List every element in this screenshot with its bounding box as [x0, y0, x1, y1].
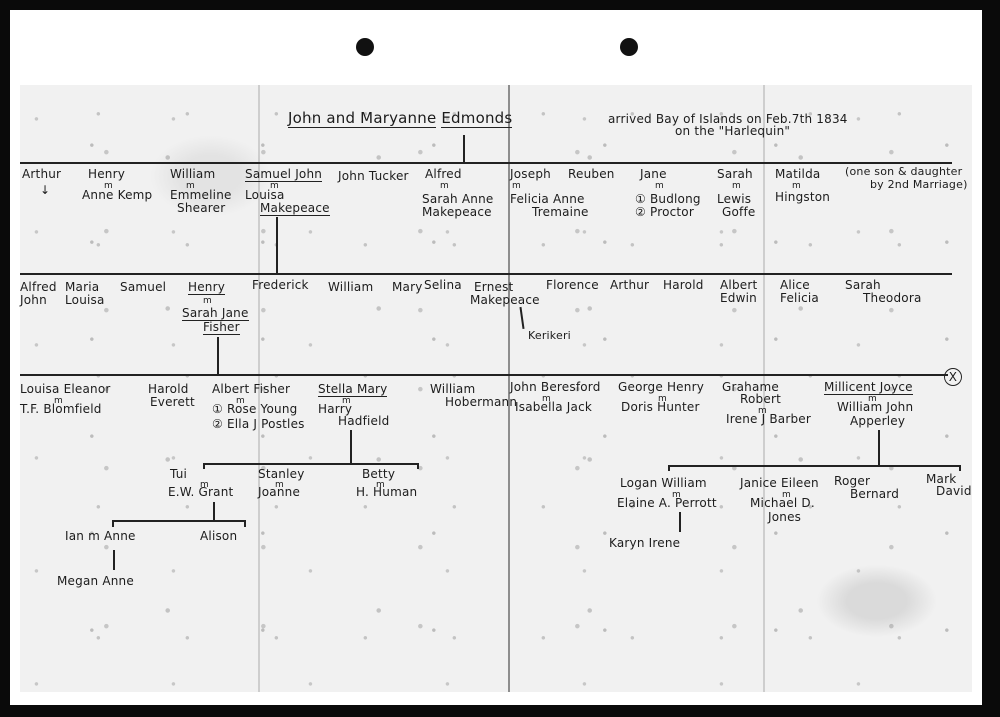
spouse: Michael D. — [750, 497, 815, 510]
annotation: Kerikeri — [528, 329, 571, 342]
spouse: Anne Kemp — [82, 189, 152, 202]
spouse: H. Human — [356, 486, 417, 499]
person: Florence — [546, 279, 599, 292]
note: (one son & daughter — [845, 165, 962, 178]
person-janice-eileen: Janice Eileen — [740, 477, 819, 490]
punch-hole-left — [356, 38, 374, 56]
person: William — [328, 281, 373, 294]
connector — [417, 463, 419, 469]
connector — [350, 430, 352, 463]
spouse: Irene J Barber — [726, 413, 811, 426]
spouse: Makepeace — [422, 206, 492, 219]
scanned-page: John and Maryanne Edmonds arrived Bay of… — [10, 10, 982, 705]
person: Mary — [392, 281, 423, 294]
generation-5-line — [112, 520, 245, 522]
connector — [878, 430, 880, 465]
connector — [113, 550, 115, 570]
spouse: William John — [837, 401, 913, 414]
person: Harold — [663, 279, 704, 292]
person-samuel-john: Samuel John — [245, 168, 322, 182]
connector — [668, 465, 670, 471]
person: Felicia — [780, 292, 819, 305]
spouse: Jones — [768, 511, 801, 524]
generation-4-line — [203, 463, 418, 465]
person: Frederick — [252, 279, 309, 292]
spouse: Tremaine — [532, 206, 589, 219]
person: Arthur — [610, 279, 649, 292]
note: by 2nd Marriage) — [870, 178, 968, 191]
spouse: Hingston — [775, 191, 830, 204]
parents-first-names: John and Maryanne — [288, 109, 436, 128]
person: Makepeace — [470, 294, 540, 307]
person-alison: Alison — [200, 530, 237, 543]
spouse: ① Rose Young — [212, 403, 297, 416]
spouse: Sarah Jane — [182, 307, 249, 321]
connector — [959, 465, 961, 471]
person: Theodora — [863, 292, 922, 305]
spouse: E.W. Grant — [168, 486, 233, 499]
spouse: Makepeace — [260, 202, 330, 216]
generation-3-line — [20, 374, 948, 376]
person: Edwin — [720, 292, 757, 305]
person-louisa-eleanor: Louisa Eleanor — [20, 383, 111, 396]
connector — [213, 502, 215, 520]
person-ian: Ian m Anne — [65, 530, 136, 543]
generation-4-line — [668, 465, 960, 467]
person-stella-mary: Stella Mary — [318, 383, 387, 397]
connector — [203, 463, 205, 469]
spouse: Goffe — [722, 206, 755, 219]
connector — [217, 337, 219, 374]
person-roger-bernard: Bernard — [850, 488, 899, 501]
person-albert-fisher: Albert Fisher — [212, 383, 290, 396]
spouse: ② Proctor — [635, 206, 694, 219]
person-harold: Everett — [150, 396, 195, 409]
punch-hole-right — [620, 38, 638, 56]
circled-x-mark: X — [944, 368, 962, 386]
spouse: Shearer — [177, 202, 225, 215]
person-arthur: Arthur — [22, 168, 61, 181]
person-reuben: Reuben — [568, 168, 615, 181]
person-john-beresford: John Beresford — [510, 381, 601, 394]
spouse: Isabella Jack — [515, 401, 592, 414]
person: Samuel — [120, 281, 166, 294]
connector — [112, 520, 114, 527]
parents-surname: Edmonds — [441, 109, 512, 128]
person-logan-william: Logan William — [620, 477, 707, 490]
person: Selina — [424, 279, 462, 292]
spouse: ② Ella J Postles — [212, 418, 305, 431]
spouse: Apperley — [850, 415, 905, 428]
person-william: Hobermann — [445, 396, 517, 409]
connector — [244, 520, 246, 527]
spouse: Doris Hunter — [621, 401, 700, 414]
person-john-tucker: John Tucker — [338, 170, 409, 183]
person-megan-anne: Megan Anne — [57, 575, 134, 588]
spouse: Elaine A. Perrott — [617, 497, 717, 510]
person-henry: Henry — [188, 281, 225, 295]
person-tui: Tui — [170, 468, 187, 481]
connector — [463, 135, 465, 162]
parents-names: John and Maryanne Edmonds — [288, 112, 512, 125]
generation-1-line — [20, 162, 952, 164]
spouse: Hadfield — [338, 415, 390, 428]
family-tree-document: John and Maryanne Edmonds arrived Bay of… — [20, 85, 972, 692]
person: Louisa — [65, 294, 105, 307]
connector — [519, 307, 524, 329]
spouse: T.F. Blomfield — [20, 403, 102, 416]
connector — [679, 512, 681, 532]
spouse: Joanne — [258, 486, 300, 499]
person-mark-david: David — [936, 485, 972, 498]
arrival-line-2: on the "Harlequin" — [675, 125, 790, 138]
person-karyn-irene: Karyn Irene — [609, 537, 680, 550]
connector — [276, 217, 278, 273]
person: John — [20, 294, 47, 307]
spouse: Fisher — [203, 321, 240, 335]
generation-2-line — [20, 273, 952, 275]
arrow-mark: ↓ — [40, 184, 50, 197]
